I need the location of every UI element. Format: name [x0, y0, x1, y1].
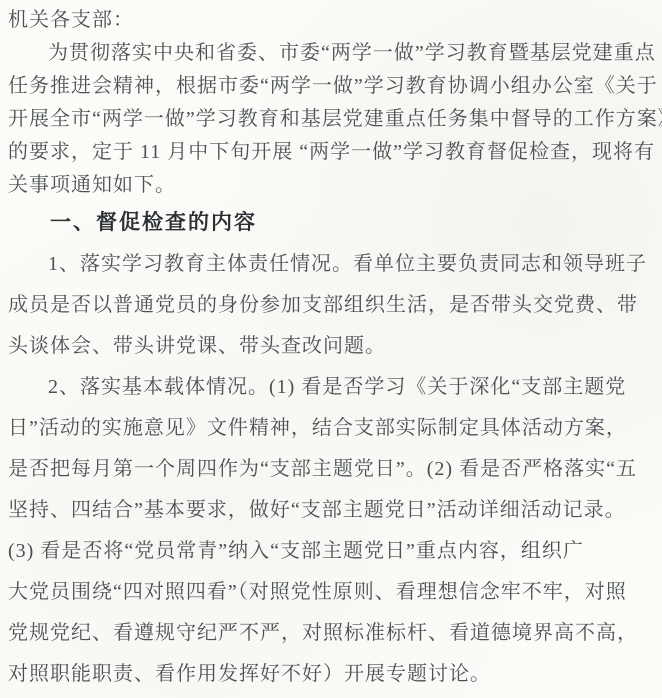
document-line: 大党员围绕“四对照四看”（对照党性原则、看理想信念牢不牢，对照 [8, 572, 656, 613]
document-page: 机关各支部： 为贯彻落实中央和省委、市委“两学一做”学习教育暨基层党建重点 任务… [0, 0, 662, 698]
document-line: 坚持、四结合”基本要求，做好“支部主题党日”活动详细活动记录。 [8, 490, 656, 531]
document-line: 关事项通知如下。 [8, 169, 656, 202]
document-line: 开展全市“两学一做”学习教育和基层党建重点任务集中督导的工作方案》 [8, 103, 656, 136]
document-line: 1、落实学习教育主体责任情况。看单位主要负责同志和领导班子 [8, 244, 656, 285]
item-2-paragraph: 2、落实基本载体情况。(1) 看是否学习《关于深化“支部主题党 日”活动的实施意… [8, 367, 656, 695]
document-line: 日”活动的实施意见》文件精神，结合支部实际制定具体活动方案， [8, 408, 656, 449]
section-1-heading: 一、督促检查的内容 [8, 202, 656, 244]
document-line: 党规党纪、看遵规守纪严不严，对照标准标杆、看道德境界高不高， [8, 613, 656, 654]
document-line: 的要求，定于 11 月中下旬开展 “两学一做”学习教育督促检查，现将有 [8, 136, 656, 169]
document-line: 任务推进会精神，根据市委“两学一做”学习教育协调小组办公室《关于 [8, 70, 656, 103]
intro-paragraph: 机关各支部： 为贯彻落实中央和省委、市委“两学一做”学习教育暨基层党建重点 任务… [8, 4, 656, 202]
document-line: 是否把每月第一个周四作为“支部主题党日”。(2) 看是否严格落实“五 [8, 449, 656, 490]
document-line: 成员是否以普通党员的身份参加支部组织生活，是否带头交党费、带 [8, 285, 656, 326]
document-line: 头谈体会、带头讲党课、带头查改问题。 [8, 326, 656, 367]
item-1-paragraph: 1、落实学习教育主体责任情况。看单位主要负责同志和领导班子 成员是否以普通党员的… [8, 244, 656, 367]
document-line: 2、落实基本载体情况。(1) 看是否学习《关于深化“支部主题党 [8, 367, 656, 408]
document-line: (3) 看是否将“党员常青”纳入“支部主题党日”重点内容，组织广 [8, 531, 656, 572]
salutation: 机关各支部： [8, 4, 656, 37]
document-line: 对照职能职责、看作用发挥好不好）开展专题讨论。 [8, 654, 656, 695]
document-line: 为贯彻落实中央和省委、市委“两学一做”学习教育暨基层党建重点 [8, 37, 656, 70]
